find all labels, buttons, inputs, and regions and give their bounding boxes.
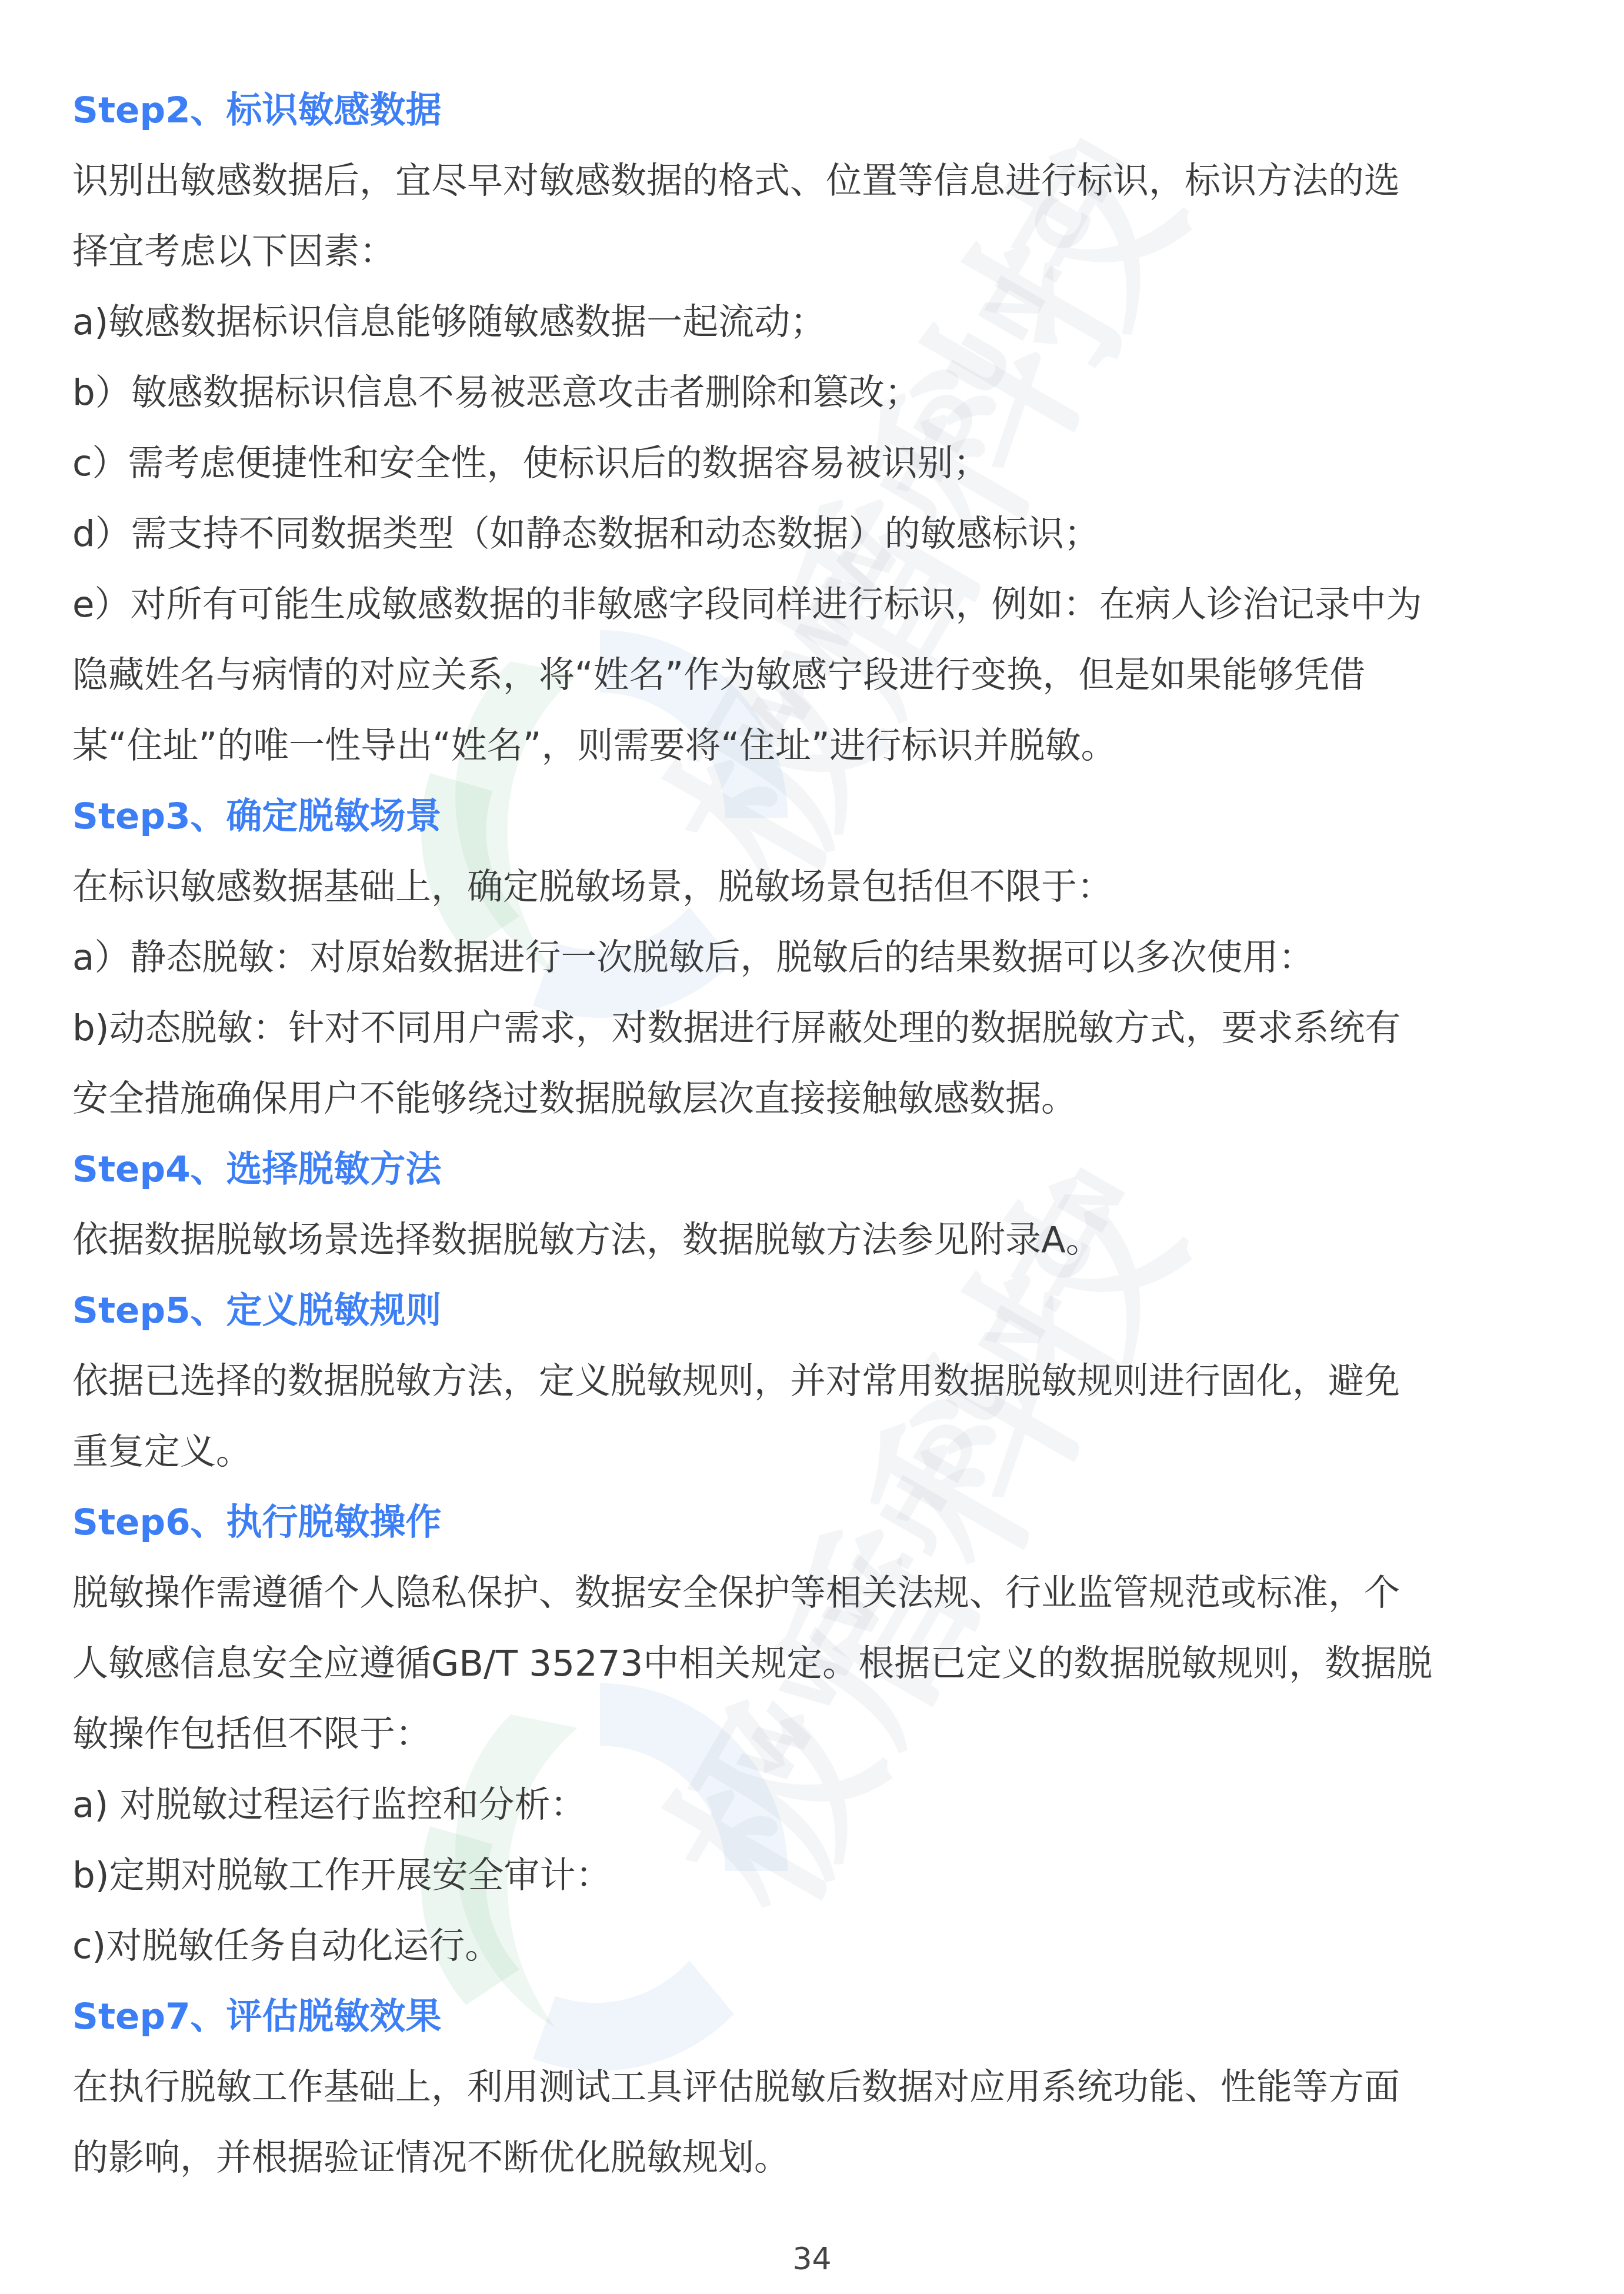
document-body: Step2、标识敏感数据 识别出敏感数据后，宜尽早对敏感数据的格式、位置等信息进…	[72, 75, 1578, 2193]
paragraph-line: 择宜考虑以下因素：	[72, 217, 1578, 287]
list-item-continued: 安全措施确保用户不能够绕过数据脱敏层次直接接触敏感数据。	[72, 1064, 1578, 1134]
section-heading: Step7、评估脱敏效果	[72, 1982, 1578, 2052]
list-item: b)定期对脱敏工作开展安全审计：	[72, 1840, 1578, 1911]
list-item: c）需考虑便捷性和安全性，使标识后的数据容易被识别；	[72, 428, 1578, 499]
section-step6: Step6、执行脱敏操作 脱敏操作需遵循个人隐私保护、数据安全保护等相关法规、行…	[72, 1487, 1578, 1982]
paragraph-line: 识别出敏感数据后，宜尽早对敏感数据的格式、位置等信息进行标识，标识方法的选	[72, 146, 1578, 217]
paragraph-line: 人敏感信息安全应遵循GB/T 35273中相关规定。根据已定义的数据脱敏规则，数…	[72, 1629, 1578, 1699]
list-item: a）静态脱敏：对原始数据进行一次脱敏后，脱敏后的结果数据可以多次使用：	[72, 923, 1578, 993]
list-item: e）对所有可能生成敏感数据的非敏感字段同样进行标识，例如：在病人诊治记录中为	[72, 570, 1578, 640]
paragraph-line: 在标识敏感数据基础上，确定脱敏场景，脱敏场景包括但不限于：	[72, 852, 1578, 923]
list-item-continued: 某“住址”的唯一性导出“姓名”，则需要将“住址”进行标识并脱敏。	[72, 711, 1578, 781]
section-heading: Step6、执行脱敏操作	[72, 1487, 1578, 1558]
section-heading: Step2、标识敏感数据	[72, 75, 1578, 146]
paragraph-line: 的影响，并根据验证情况不断优化脱敏规划。	[72, 2123, 1578, 2193]
list-item: c)对脱敏任务自动化运行。	[72, 1911, 1578, 1982]
list-item: b)动态脱敏：针对不同用户需求，对数据进行屏蔽处理的数据脱敏方式，要求系统有	[72, 993, 1578, 1064]
section-step2: Step2、标识敏感数据 识别出敏感数据后，宜尽早对敏感数据的格式、位置等信息进…	[72, 75, 1578, 781]
list-item: a) 对脱敏过程运行监控和分析：	[72, 1770, 1578, 1840]
paragraph-line: 敏操作包括但不限于：	[72, 1699, 1578, 1770]
list-item: b）敏感数据标识信息不易被恶意攻击者删除和篡改；	[72, 358, 1578, 428]
section-step4: Step4、选择脱敏方法 依据数据脱敏场景选择数据脱敏方法，数据脱敏方法参见附录…	[72, 1134, 1578, 1276]
list-item: a)敏感数据标识信息能够随敏感数据一起流动；	[72, 287, 1578, 358]
section-heading: Step5、定义脱敏规则	[72, 1276, 1578, 1346]
paragraph-line: 依据已选择的数据脱敏方法，定义脱敏规则，并对常用数据脱敏规则进行固化，避免	[72, 1346, 1578, 1417]
paragraph-line: 在执行脱敏工作基础上，利用测试工具评估脱敏后数据对应用系统功能、性能等方面	[72, 2052, 1578, 2123]
section-heading: Step4、选择脱敏方法	[72, 1134, 1578, 1205]
page-number: 34	[0, 2242, 1624, 2277]
section-step5: Step5、定义脱敏规则 依据已选择的数据脱敏方法，定义脱敏规则，并对常用数据脱…	[72, 1276, 1578, 1487]
paragraph-line: 重复定义。	[72, 1417, 1578, 1487]
section-heading: Step3、确定脱敏场景	[72, 781, 1578, 852]
list-item-continued: 隐藏姓名与病情的对应关系，将“姓名”作为敏感宁段进行变换，但是如果能够凭借	[72, 640, 1578, 711]
list-item: d）需支持不同数据类型（如静态数据和动态数据）的敏感标识；	[72, 499, 1578, 570]
section-step7: Step7、评估脱敏效果 在执行脱敏工作基础上，利用测试工具评估脱敏后数据对应用…	[72, 1982, 1578, 2193]
paragraph-line: 依据数据脱敏场景选择数据脱敏方法，数据脱敏方法参见附录A。	[72, 1205, 1578, 1276]
section-step3: Step3、确定脱敏场景 在标识敏感数据基础上，确定脱敏场景，脱敏场景包括但不限…	[72, 781, 1578, 1134]
paragraph-line: 脱敏操作需遵循个人隐私保护、数据安全保护等相关法规、行业监管规范或标准，个	[72, 1558, 1578, 1629]
